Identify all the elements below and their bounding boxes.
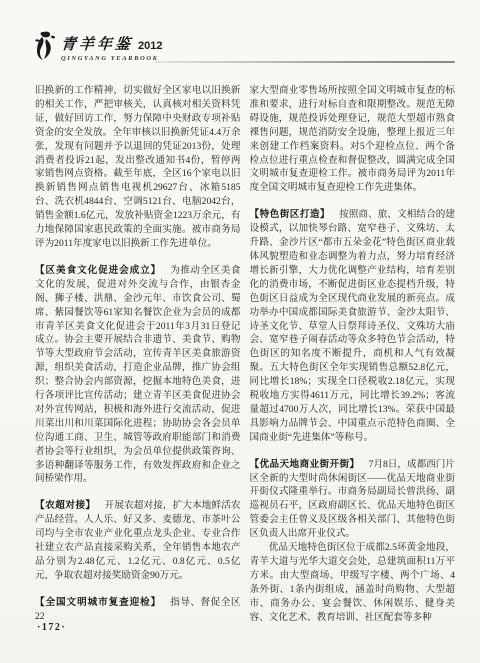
yearbook-page: 青羊年鉴 2012 QINGYANG YEARBOOK 旧换新的工作精神，切实做… bbox=[0, 0, 480, 663]
entry-text: 按照商、旅、文相结合的建设模式，以加快琴台路、宽窄巷子、文殊坊、太升路、金沙片区… bbox=[250, 209, 456, 443]
page-number: ·172· bbox=[37, 622, 66, 633]
entry-farm-supermarket-link: 【农超对接】开展农超对接，扩大本地鲜活农产品经营。人人乐、好又多、麦德龙、市茶叶… bbox=[35, 499, 241, 582]
entry-title: 【农超对接】 bbox=[35, 500, 96, 511]
entry-text: 7月8日，成都西门片区全新的大型时尚休闲街区——优品天地商业街开街仪式隆重举行。… bbox=[250, 459, 456, 540]
entry-title: 【区美食文化促进会成立】 bbox=[35, 265, 161, 276]
right-column: 家大型商业零售场所按照全国文明城市复查的标准和要求，进行对标自查和限期整改。规范… bbox=[250, 84, 456, 617]
entry-civilized-city-review: 【全国文明城市复查迎检】指导、督促全区22 bbox=[35, 596, 241, 624]
page-header: 青羊年鉴 2012 QINGYANG YEARBOOK bbox=[33, 30, 455, 66]
continuation-paragraph: 旧换新的工作精神，切实做好全区家电以旧换新的相关工作，严把审核关，认真核对相关资… bbox=[35, 84, 241, 251]
logo-year: 2012 bbox=[138, 40, 162, 52]
continuation-paragraph: 家大型商业零售场所按照全国文明城市复查的标准和要求，进行对标自查和限期整改。规范… bbox=[250, 84, 456, 195]
entry-food-culture-association: 【区美食文化促进会成立】为推动全区美食文化的发展，促进对外交流与合作，由银杏金阁… bbox=[35, 264, 241, 487]
text-columns: 旧换新的工作精神，切实做好全区家电以旧换新的相关工作，严把审核关，认真核对相关资… bbox=[35, 84, 455, 617]
logo-text: 青羊年鉴 2012 QINGYANG YEARBOOK bbox=[61, 33, 163, 62]
entry-text: 为推动全区美食文化的发展，促进对外交流与合作，由银杏金阁、狮子楼、洪鼎、金沙元年… bbox=[35, 265, 241, 485]
entry-title: 【特色街区打造】 bbox=[250, 209, 331, 220]
logo-title-cn: 青羊年鉴 bbox=[60, 33, 133, 54]
logo-title-en: QINGYANG YEARBOOK bbox=[61, 55, 163, 62]
left-column: 旧换新的工作精神，切实做好全区家电以旧换新的相关工作，严把审核关，认真核对相关资… bbox=[35, 84, 241, 617]
header-divider bbox=[155, 61, 455, 63]
entry-featured-streets: 【特色街区打造】按照商、旅、文相结合的建设模式，以加快琴台路、宽窄巷子、文殊坊、… bbox=[250, 208, 456, 444]
entry-text: 开展农超对接，扩大本地鲜活农产品经营。人人乐、好又多、麦德龙、市茶叶公司均与全市… bbox=[35, 500, 241, 581]
yearbook-logo: 青羊年鉴 2012 QINGYANG YEARBOOK bbox=[33, 30, 455, 62]
entry-title: 【优品天地商业街开街】 bbox=[250, 459, 360, 470]
goat-calligraphy-icon bbox=[33, 30, 57, 62]
entry-youpin-tiandi-opening: 【优品天地商业街开街】7月8日，成都西门片区全新的大型时尚休闲街区——优品天地商… bbox=[250, 458, 456, 541]
entry-paragraph-2: 优品天地特色街区位于成都2.5环黄金地段，青羊大道与光华大道交会处，总建筑面积1… bbox=[250, 541, 456, 624]
entry-title: 【全国文明城市复查迎检】 bbox=[35, 597, 161, 608]
